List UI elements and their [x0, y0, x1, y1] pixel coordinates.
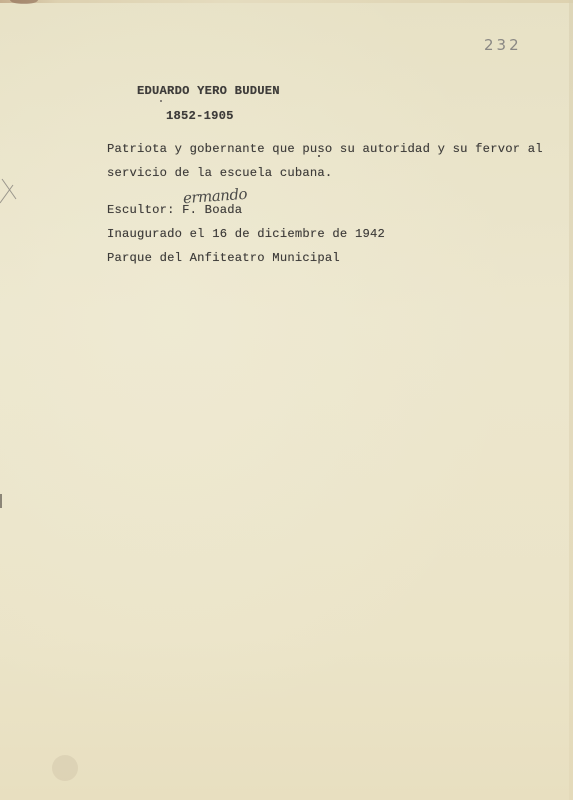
left-edge-mark: [0, 494, 2, 508]
margin-x-mark-icon: [0, 165, 20, 205]
description-line-1: Patriota y gobernante que puso su autori…: [107, 142, 543, 156]
sculptor-line: Escultor: F. Boada: [107, 203, 242, 217]
ink-dot: [160, 100, 162, 102]
paper-spot: [52, 755, 78, 781]
inauguration-line: Inaugurado el 16 de diciembre de 1942: [107, 227, 385, 241]
location-line: Parque del Anfiteatro Municipal: [107, 251, 340, 265]
sculptor-label: Escultor:: [107, 203, 175, 217]
sculptor-name: F. Boada: [182, 203, 242, 217]
description-line-2: servicio de la escuela cubana.: [107, 166, 332, 180]
document-title: EDUARDO YERO BUDUEN: [137, 84, 280, 98]
ink-dot: [318, 155, 320, 157]
page-top-edge: [0, 0, 573, 3]
page-number: 232: [484, 36, 522, 54]
page-right-edge: [569, 0, 573, 800]
document-page: 232 EDUARDO YERO BUDUEN 1852-1905 Patrio…: [0, 0, 573, 800]
corner-stain: [10, 0, 38, 4]
document-dates: 1852-1905: [166, 109, 234, 123]
